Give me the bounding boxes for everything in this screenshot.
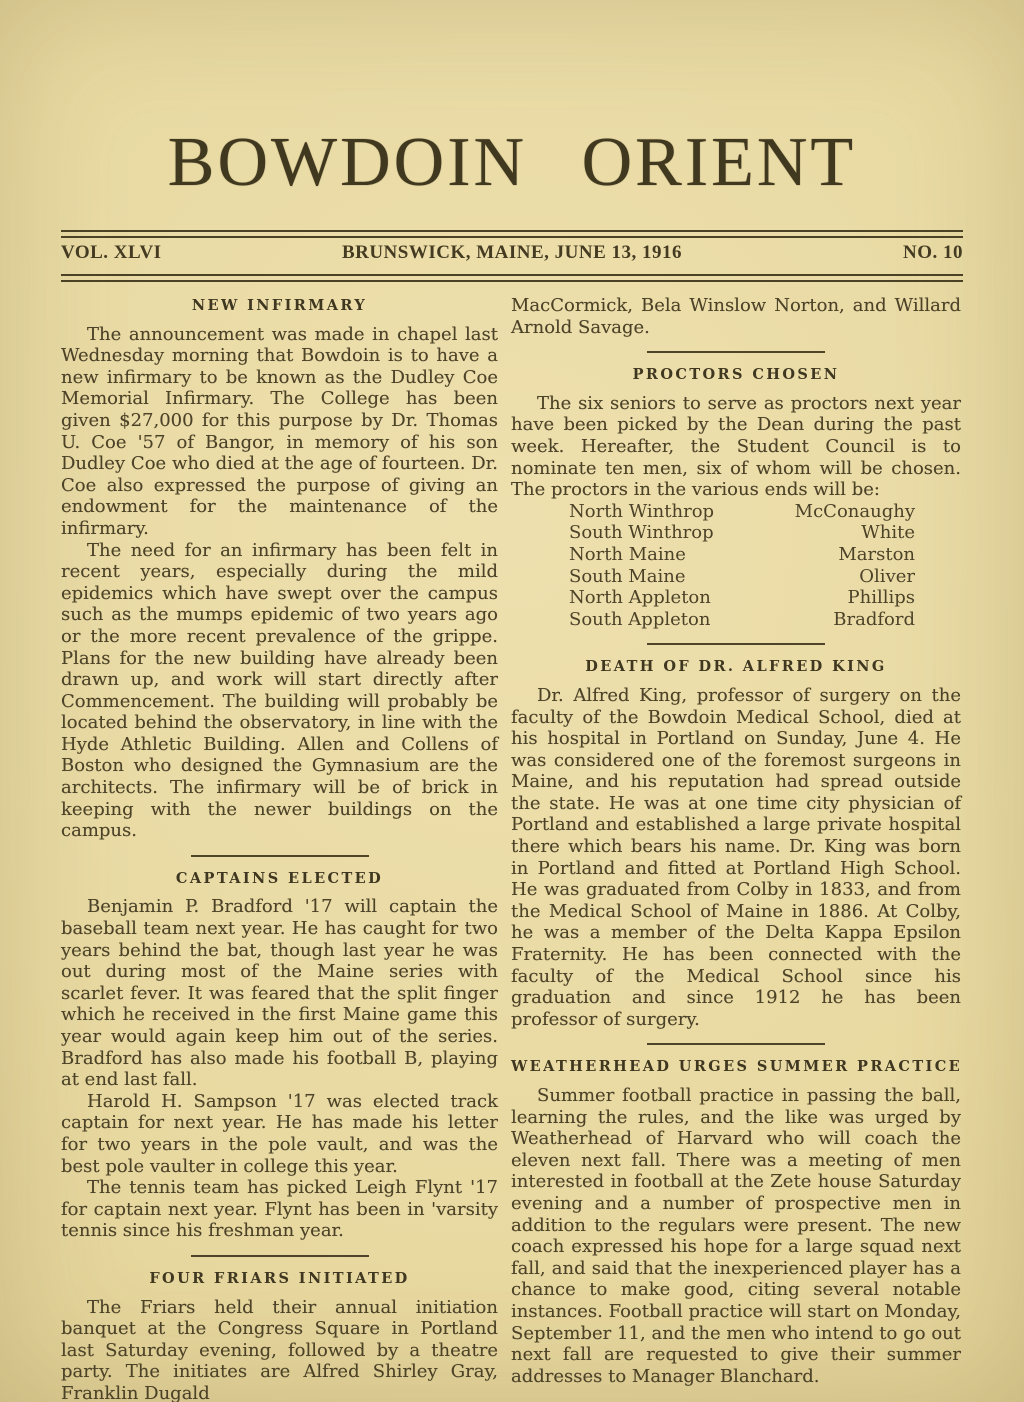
article-continuation-text: MacCormick, Bela Winslow Norton, and Wil… [511, 295, 961, 338]
article-columns: NEW INFIRMARY The announcement was made … [61, 295, 963, 1402]
paragraph: Harold H. Sampson '17 was elected track … [61, 1091, 498, 1177]
proctor-name: McConaughy [795, 501, 961, 523]
proctor-name: Marston [838, 544, 961, 566]
proctor-name: Bradford [833, 609, 961, 631]
paragraph: The announcement was made in chapel last… [61, 324, 498, 540]
proctor-row: South Winthrop White [511, 522, 961, 544]
paragraph: Benjamin P. Bradford '17 will captain th… [61, 896, 498, 1090]
masthead-dateline-row: VOL. XLVI BRUNSWICK, MAINE, JUNE 13, 191… [61, 238, 963, 268]
masthead-rule-top [61, 230, 963, 238]
masthead: BOWDOIN ORIENT VOL. XLVI BRUNSWICK, MAIN… [61, 0, 963, 282]
article-captains-elected: CAPTAINS ELECTED Benjamin P. Bradford '1… [61, 855, 498, 1242]
column-right: MacCormick, Bela Winslow Norton, and Wil… [511, 295, 961, 1402]
section-heading: DEATH OF DR. ALFRED KING [511, 656, 961, 678]
proctor-name: Phillips [848, 587, 962, 609]
dateline: BRUNSWICK, MAINE, JUNE 13, 1916 [61, 242, 963, 264]
proctor-row: North Appleton Phillips [511, 587, 961, 609]
section-heading: PROCTORS CHOSEN [511, 364, 961, 386]
proctor-row: North Winthrop McConaughy [511, 501, 961, 523]
proctor-row: South Maine Oliver [511, 566, 961, 588]
masthead-rule-bottom [61, 274, 963, 282]
proctor-hall: North Maine [511, 544, 686, 566]
article-proctors-chosen: PROCTORS CHOSEN The six seniors to serve… [511, 351, 961, 630]
paragraph: The Friars held their annual initiation … [61, 1297, 498, 1402]
section-divider-rule [647, 351, 825, 353]
article-weatherhead-urges-summer-practice: WEATHERHEAD URGES SUMMER PRACTICE Summer… [511, 1043, 961, 1387]
article-four-friars-initiated: FOUR FRIARS INITIATED The Friars held th… [61, 1255, 498, 1402]
paragraph: Dr. Alfred King, professor of surgery on… [511, 685, 961, 1031]
column-left: NEW INFIRMARY The announcement was made … [61, 295, 498, 1402]
proctor-row: South Appleton Bradford [511, 609, 961, 631]
proctor-row: North Maine Marston [511, 544, 961, 566]
section-heading: NEW INFIRMARY [61, 295, 498, 317]
section-divider-rule [647, 643, 825, 645]
article-death-of-dr-alfred-king: DEATH OF DR. ALFRED KING Dr. Alfred King… [511, 643, 961, 1030]
proctor-hall: South Winthrop [511, 522, 714, 544]
section-heading: WEATHERHEAD URGES SUMMER PRACTICE [511, 1056, 961, 1078]
proctor-name: Oliver [859, 566, 961, 588]
paragraph: The need for an infirmary has been felt … [61, 540, 498, 842]
section-heading: CAPTAINS ELECTED [61, 868, 498, 890]
section-divider-rule [191, 855, 369, 857]
proctor-hall: North Appleton [511, 587, 711, 609]
proctor-hall: North Winthrop [511, 501, 714, 523]
proctor-hall: South Maine [511, 566, 685, 588]
newspaper-title: BOWDOIN ORIENT [61, 0, 963, 204]
paragraph: Summer football practice in passing the … [511, 1085, 961, 1387]
paragraph: The six seniors to serve as proctors nex… [511, 393, 961, 501]
newspaper-page: BOWDOIN ORIENT VOL. XLVI BRUNSWICK, MAIN… [0, 0, 1024, 1402]
section-heading: FOUR FRIARS INITIATED [61, 1268, 498, 1290]
article-new-infirmary: NEW INFIRMARY The announcement was made … [61, 295, 498, 842]
section-divider-rule [647, 1043, 825, 1045]
section-divider-rule [191, 1255, 369, 1257]
proctor-hall: South Appleton [511, 609, 710, 631]
paragraph: The tennis team has picked Leigh Flynt '… [61, 1177, 498, 1242]
proctor-name: White [861, 522, 961, 544]
proctor-assignment-list: North Winthrop McConaughy South Winthrop… [511, 501, 961, 631]
